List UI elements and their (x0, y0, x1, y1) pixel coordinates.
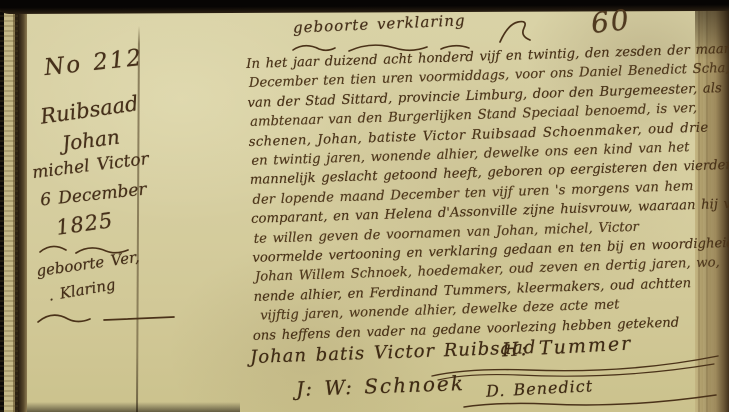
binding-gutter (18, 10, 27, 412)
act-body-text: In het jaar duizend acht honderd vijf en… (246, 40, 729, 346)
paraph-icon (494, 16, 538, 50)
margin-flourish-icon (34, 308, 184, 328)
signature-flourish-icon (458, 392, 722, 410)
register-book-scan: geboorte verklaring 60 No 212 Ruibsaad J… (0, 0, 729, 412)
page-stack-edge (0, 10, 18, 412)
page-bottom-shadow (0, 402, 240, 412)
page-number: 60 (589, 3, 632, 40)
